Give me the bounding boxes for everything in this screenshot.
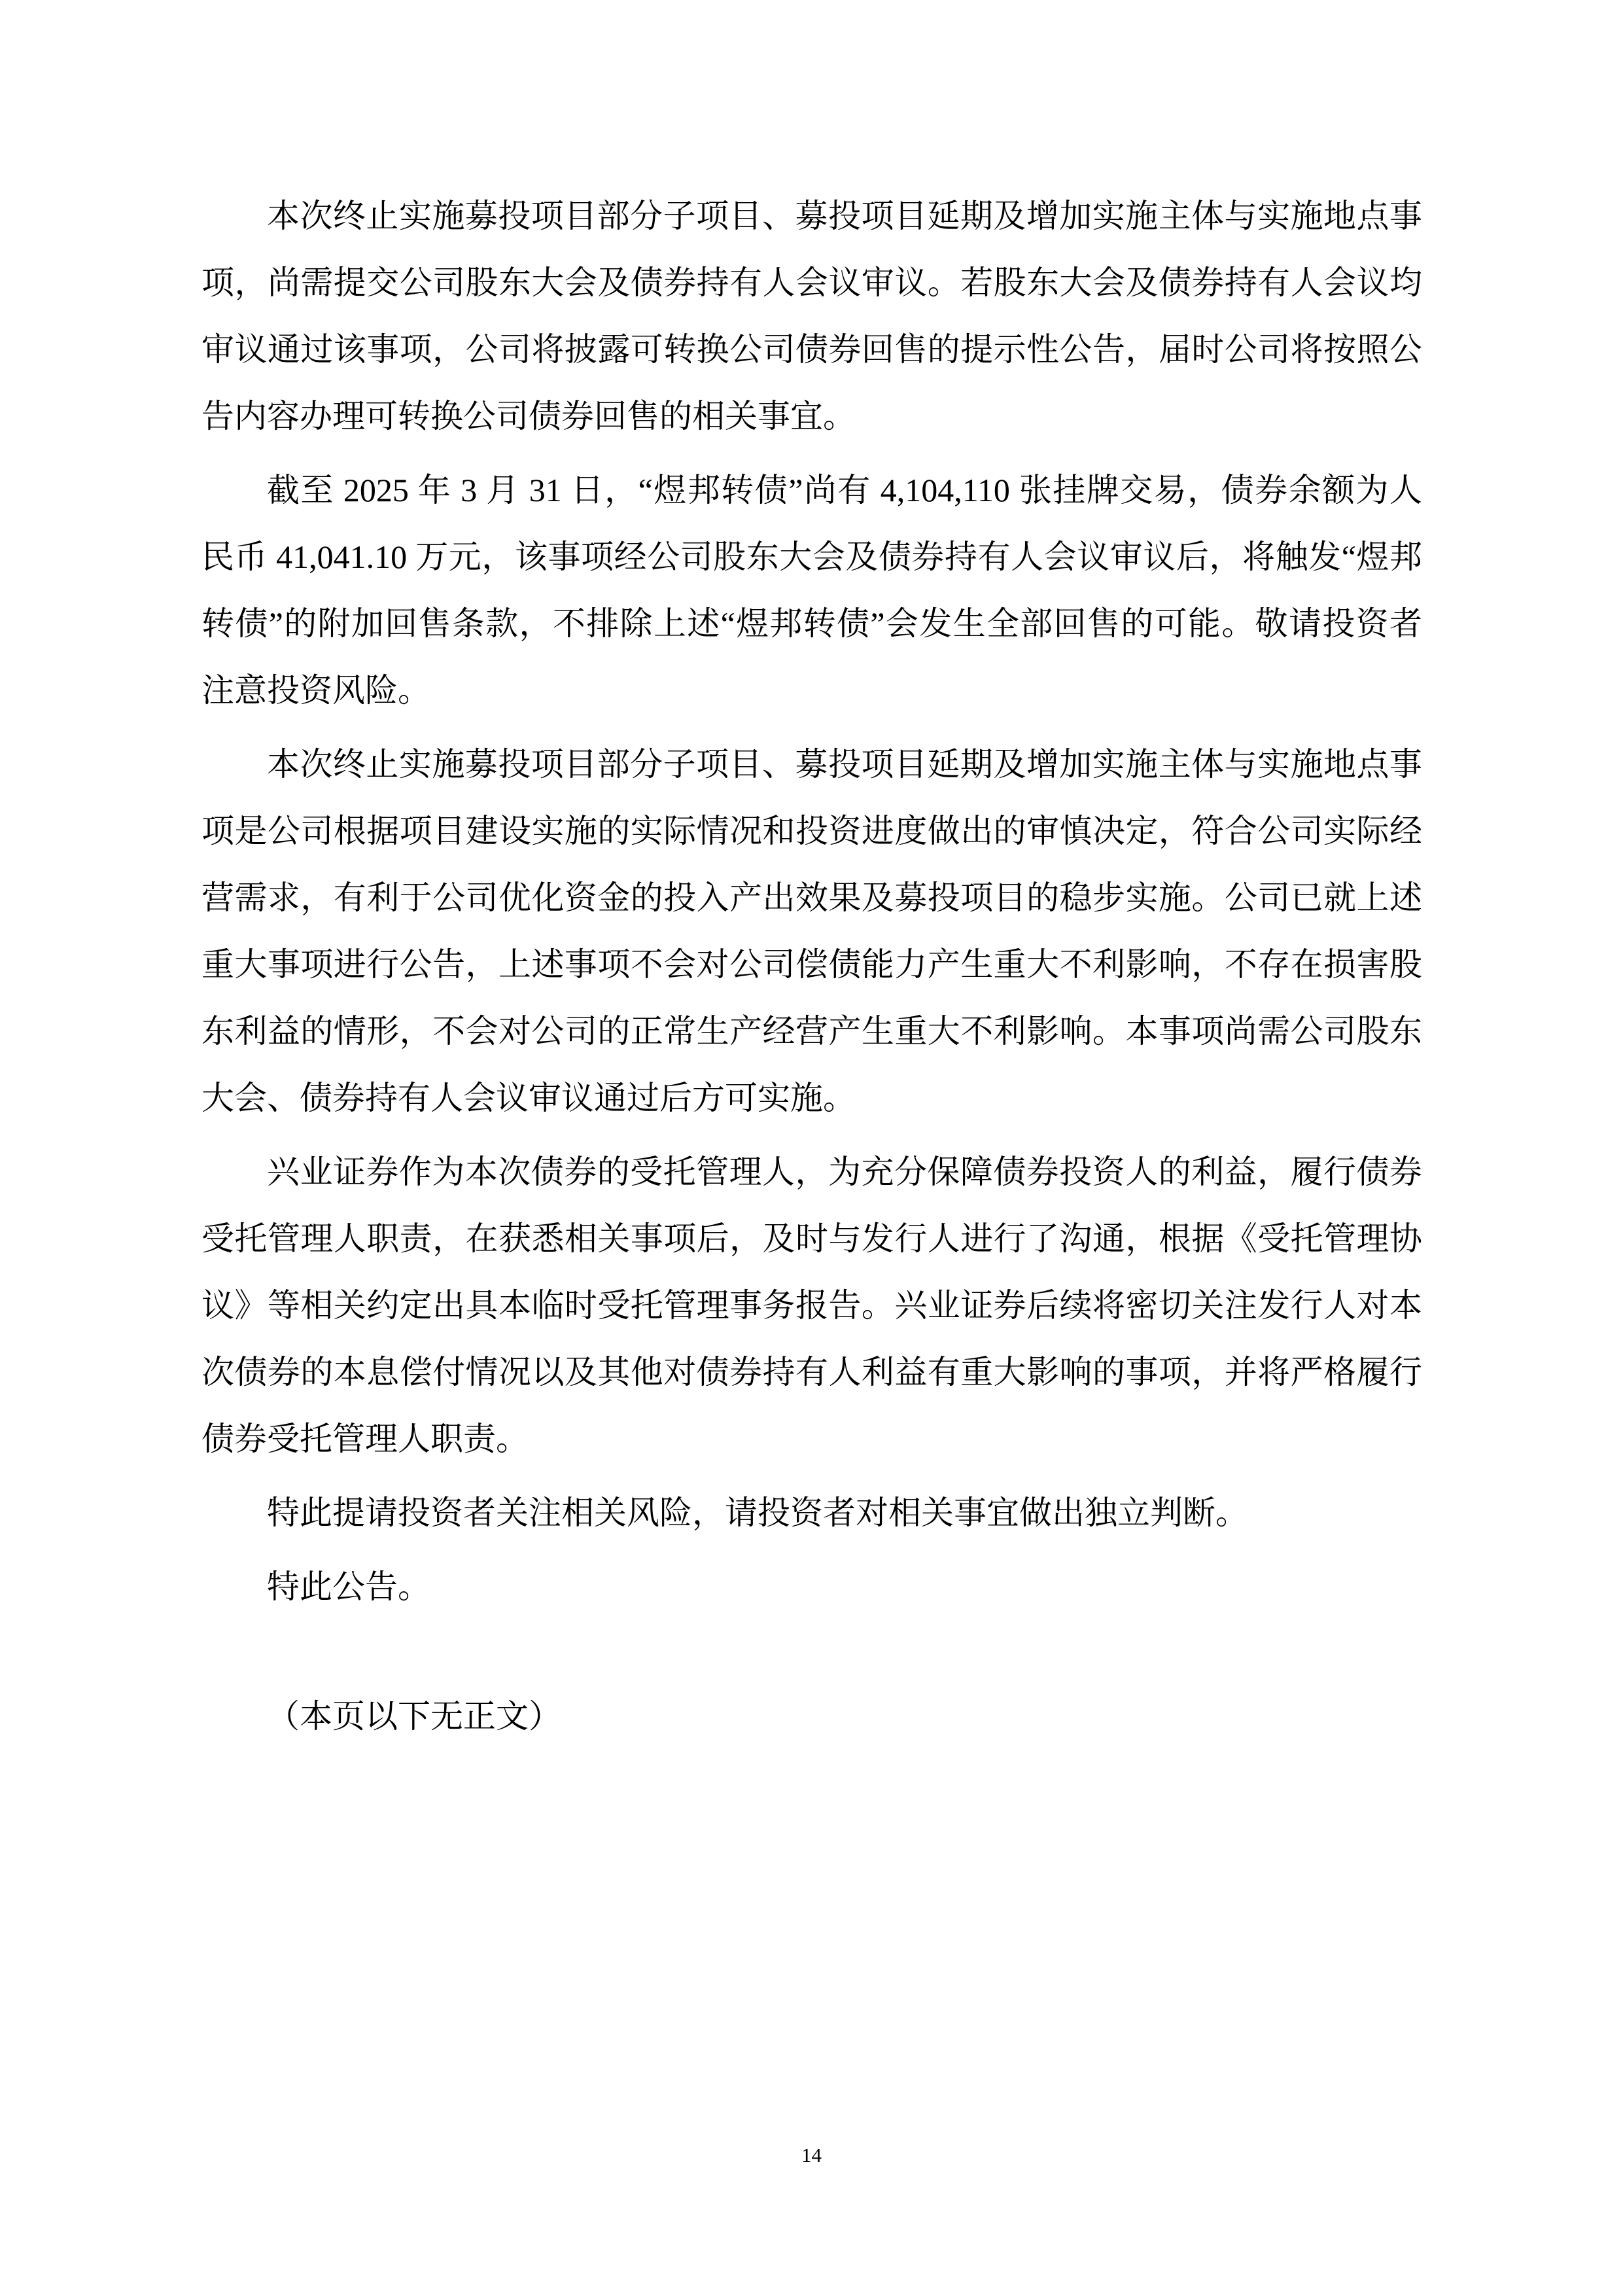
body-paragraph: 特此提请投资者关注相关风险，请投资者对相关事宜做出独立判断。: [201, 1479, 1422, 1546]
end-of-text-note: （本页以下无正文）: [201, 1683, 1422, 1750]
body-paragraph: 本次终止实施募投项目部分子项目、募投项目延期及增加实施主体与实施地点事项是公司根…: [201, 731, 1422, 1131]
body-paragraph: 截至 2025 年 3 月 31 日，“煜邦转债”尚有 4,104,110 张挂…: [201, 457, 1422, 724]
page-number: 14: [0, 2144, 1623, 2167]
document-page: 本次终止实施募投项目部分子项目、募投项目延期及增加实施主体与实施地点事项，尚需提…: [0, 0, 1623, 2296]
body-paragraph: 本次终止实施募投项目部分子项目、募投项目延期及增加实施主体与实施地点事项，尚需提…: [201, 183, 1422, 450]
body-paragraph: 兴业证券作为本次债券的受托管理人，为充分保障债券投资人的利益，履行债券受托管理人…: [201, 1139, 1422, 1472]
body-text: 本次终止实施募投项目部分子项目、募投项目延期及增加实施主体与实施地点事项，尚需提…: [201, 183, 1422, 1757]
body-paragraph: 特此公告。: [201, 1553, 1422, 1620]
